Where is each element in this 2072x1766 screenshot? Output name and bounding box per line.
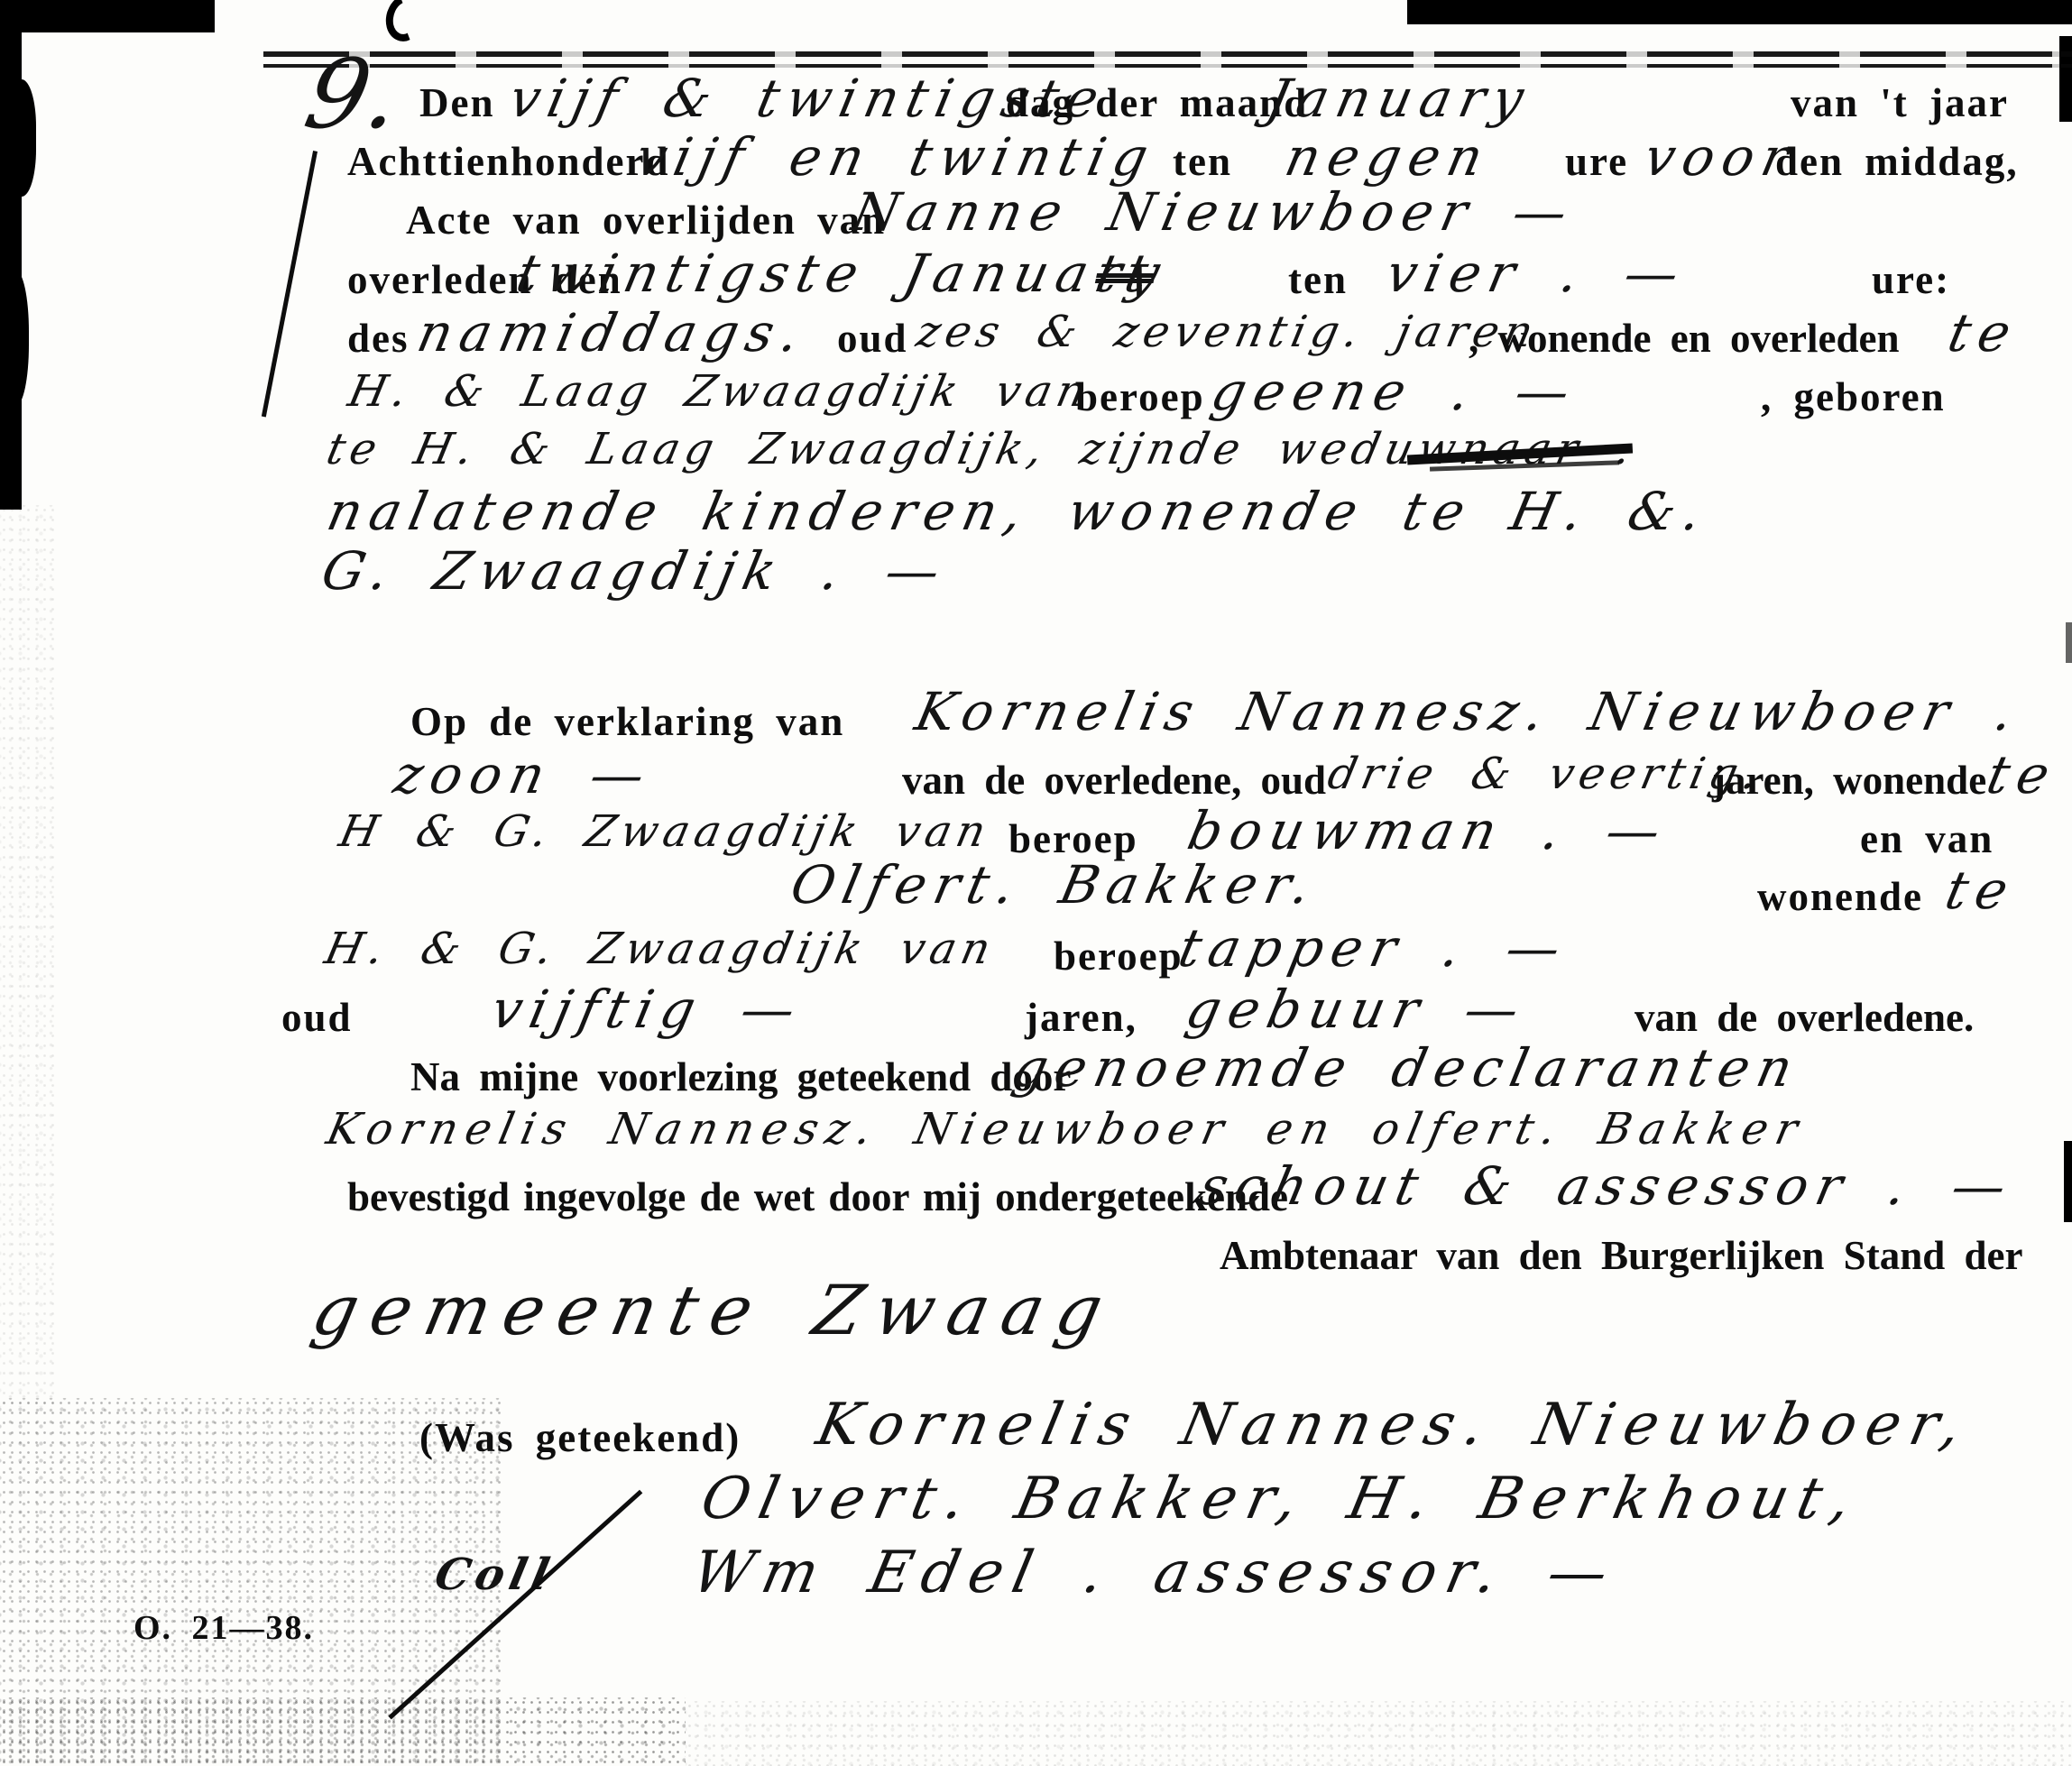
- entry-gemeente: gemeente Zwaag: [307, 1276, 1122, 1345]
- top-rule-upper: [263, 51, 2072, 57]
- label-geboren: , geboren: [1761, 377, 1946, 418]
- pen-stroke-act-number-tail: [262, 151, 318, 417]
- entry-declarant2-name: Olfert. Bakker.: [787, 859, 1323, 911]
- signature-assessor: Wm Edel . assessor. —: [687, 1544, 1623, 1602]
- entry-residence-declarant1: H & G. Zwaagdijk van: [336, 810, 995, 853]
- scan-edge-left-blob2: [0, 271, 29, 406]
- entry-residence-2: G. Zwaagdijk . —: [318, 545, 953, 597]
- entry-year: vijf en twintig: [631, 131, 1161, 183]
- entry-relation-2: gebuur —: [1182, 983, 1532, 1035]
- label-des: des: [347, 318, 410, 359]
- entry-bevestigd-door: schout & assessor . —: [1195, 1160, 2019, 1212]
- label-ambtenaar: Ambtenaar van den Burgerlijken Stand der: [1220, 1236, 2022, 1276]
- entry-deceased-name: Nanne Nieuwboer —: [848, 186, 1579, 238]
- signature-declarant1: Kornelis Nannes. Nieuwboer,: [812, 1396, 1976, 1454]
- label-beroep-3: beroep: [1054, 936, 1183, 977]
- signature-declarant2-schout: Olvert. Bakker, H. Berkhout,: [696, 1470, 1865, 1528]
- entry-beroep-declarant1: bouwman . —: [1183, 805, 1673, 857]
- noise-texture-bottom-band: [0, 1697, 686, 1766]
- entry-death-hour: vier . —: [1382, 247, 1691, 299]
- entry-age-declarant2: vijftig —: [487, 983, 808, 1035]
- label-jaren-wonende: jaren, wonende: [1712, 760, 1986, 801]
- label-wonende-en-overleden: , wonende en overleden: [1469, 318, 1899, 359]
- scan-edge-right-mark2: [2064, 1141, 2072, 1222]
- scan-edge-top-left: [0, 0, 215, 32]
- entry-death-day: twintigste January: [512, 247, 1173, 299]
- label-dag-der-maand: dag der maand: [1006, 83, 1308, 124]
- label-op-de-verklaring: Op de verklaring van: [410, 702, 844, 742]
- label-den: Den: [419, 83, 495, 124]
- label-wonende: wonende: [1757, 877, 1923, 917]
- label-oud: oud: [837, 318, 908, 359]
- entry-hour: negen: [1281, 131, 1496, 183]
- entry-dagdeel: namiddags.: [413, 307, 812, 359]
- form-code: O. 21—38.: [134, 1611, 314, 1645]
- label-oud-2: oud: [281, 998, 353, 1038]
- entry-relation-1: zoon —: [390, 749, 658, 801]
- entry-residence-declarant2: H. & G. Zwaagdijk van: [321, 927, 999, 970]
- entry-signers: Kornelis Nannesz. Nieuwboer en olfert. B…: [323, 1108, 1810, 1151]
- label-en-van: en van: [1860, 819, 1994, 860]
- entry-age-deceased: zes & zeventig. jaren: [913, 310, 1542, 354]
- entry-struck-tt: tt: [1091, 247, 1161, 299]
- label-van-de-overledene-oud: van de overledene, oud: [902, 760, 1326, 801]
- label-acte-van-overlijden: Acte van overlijden van: [406, 200, 886, 241]
- label-beroep-1: beroep: [1075, 377, 1205, 418]
- entry-month: January: [1263, 72, 1536, 124]
- paraph-coll: Coll: [431, 1553, 558, 1596]
- label-ure: ure: [1565, 142, 1628, 182]
- death-certificate-scan: 9. Den vijf & twintigste dag der maand J…: [0, 0, 2072, 1766]
- entry-geteekend-door: genoemde declaranten: [1008, 1042, 1805, 1094]
- entry-beroep-overledene: geene . —: [1207, 365, 1582, 418]
- entry-beroep-declarant2: tapper . —: [1174, 922, 1573, 974]
- scan-edge-top-right: [1407, 0, 2072, 24]
- label-ten: ten: [1173, 142, 1232, 182]
- scan-edge-right-mark1: [2059, 36, 2072, 122]
- label-van-t-jaar: van 't jaar: [1791, 83, 2009, 124]
- entry-declarant1-name: Kornelis Nannesz. Nieuwboer .: [911, 685, 2026, 738]
- scan-edge-left-strip: [0, 0, 22, 510]
- scan-edge-left-blob: [0, 79, 36, 197]
- entry-te-1: te: [1944, 307, 2023, 359]
- entry-birthplace-marital: te H. & Laag Zwaagdijk, zijnde weduwnaar…: [323, 428, 1640, 471]
- label-den-middag: den middag,: [1775, 142, 2019, 182]
- entry-te-3: te: [1941, 864, 2021, 916]
- entry-nalatende: nalatende kinderen, wonende te H. &.: [323, 485, 1714, 538]
- label-ure-2: ure:: [1872, 260, 1950, 300]
- noise-texture-left-mid: [0, 505, 54, 1407]
- scan-edge-right-mark3: [2066, 622, 2072, 663]
- label-bevestigd: bevestigd ingevolge de wet door mij onde…: [347, 1177, 1288, 1218]
- label-achttienhonderd: Achttienhonderd: [347, 142, 670, 182]
- entry-age-declarant1: drie & veertig.: [1324, 752, 1766, 796]
- entry-residence-deceased: H. & Laag Zwaagdijk van: [345, 370, 1095, 413]
- label-na-mijne-voorlezing: Na mijne voorlezing geteekend door: [410, 1057, 1071, 1098]
- label-jaren: jaren,: [1025, 998, 1137, 1038]
- entry-te-2: te: [1983, 749, 2062, 801]
- act-number: 9.: [298, 47, 410, 143]
- noise-texture-bottom-right: [686, 1701, 2072, 1766]
- label-ten-2: ten: [1288, 260, 1348, 300]
- label-was-geteekend: (Was geteekend): [419, 1418, 741, 1458]
- label-van-de-overledene-2: van de overledene.: [1635, 998, 1974, 1038]
